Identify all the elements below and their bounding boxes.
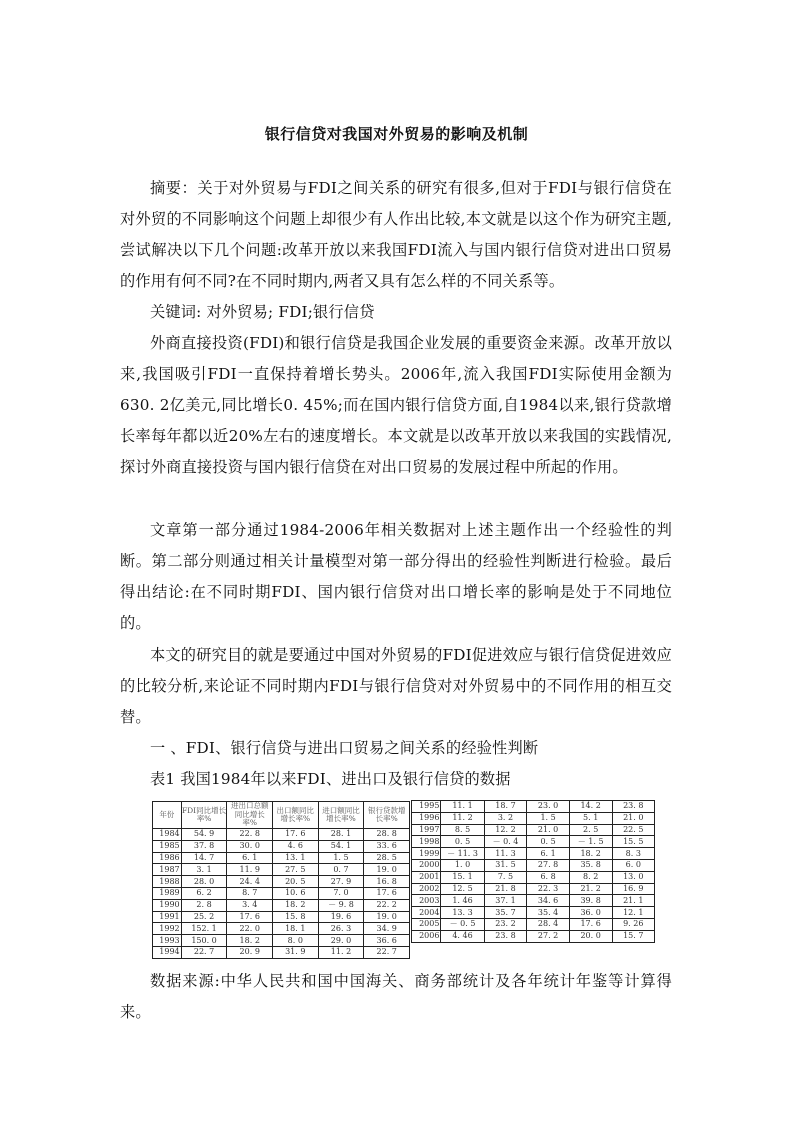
cell-value: 14. 7 [181, 852, 227, 864]
cell-value: 2. 5 [569, 824, 612, 836]
cell-value: 1. 5 [318, 852, 364, 864]
cell-value: 1. 5 [527, 812, 569, 824]
table-row: 19896. 28. 710. 67. 017. 6 [153, 887, 410, 899]
cell-value: 15. 7 [612, 930, 654, 942]
cell-value: 23. 0 [527, 801, 569, 813]
table-row: 198828. 024. 420. 527. 916. 8 [153, 876, 410, 888]
cell-value: 16. 9 [612, 883, 654, 895]
cell-value: 33. 6 [364, 840, 410, 852]
cell-value: 17. 6 [273, 829, 319, 841]
table-row: 198537. 830. 04. 654. 133. 6 [153, 840, 410, 852]
table-row: 199511. 118. 723. 014. 223. 8 [412, 801, 655, 813]
cell-value: 8. 5 [441, 824, 484, 836]
cell-value: 2. 8 [181, 899, 227, 911]
cell-value: 23. 8 [484, 930, 527, 942]
body-paragraph-1: 外商直接投资(FDI)和银行信贷是我国企业发展的重要资金来源。改革开放以来,我国… [120, 328, 672, 483]
cell-value: 0. 7 [318, 864, 364, 876]
cell-year: 2004 [412, 907, 441, 919]
cell-value: 37. 8 [181, 840, 227, 852]
header-year: 年份 [153, 802, 182, 829]
cell-year: 1987 [153, 864, 182, 876]
cell-value: 26. 3 [318, 923, 364, 935]
cell-value: 21. 0 [612, 812, 654, 824]
cell-year: 1998 [412, 836, 441, 848]
table-row: 1999－ 11. 311. 36. 118. 28. 3 [412, 848, 655, 860]
cell-value: 11. 1 [441, 801, 484, 813]
cell-value: 5. 1 [569, 812, 612, 824]
cell-value: 31. 9 [273, 946, 319, 958]
cell-value: 12. 5 [441, 883, 484, 895]
cell-year: 1996 [412, 812, 441, 824]
cell-value: 15. 5 [612, 836, 654, 848]
cell-value: 20. 9 [227, 946, 273, 958]
document-title: 银行信贷对我国对外贸易的影响及机制 [0, 123, 793, 144]
cell-value: 6. 8 [527, 871, 569, 883]
cell-value: 20. 5 [273, 876, 319, 888]
cell-year: 2001 [412, 871, 441, 883]
cell-value: 15. 8 [273, 911, 319, 923]
cell-value: 28. 1 [318, 829, 364, 841]
cell-year: 1999 [412, 848, 441, 860]
cell-year: 1989 [153, 887, 182, 899]
cell-value: 19. 0 [364, 864, 410, 876]
cell-value: 13. 0 [612, 871, 654, 883]
cell-value: 27. 5 [273, 864, 319, 876]
cell-value: 0. 5 [527, 836, 569, 848]
cell-value: 11. 2 [441, 812, 484, 824]
cell-value: 6. 0 [612, 859, 654, 871]
cell-value: 35. 4 [527, 907, 569, 919]
cell-value: 1. 46 [441, 895, 484, 907]
source-note: 数据来源:中华人民共和国中国海关、商务部统计及各年统计年鉴等计算得来。 [120, 966, 672, 1028]
cell-value: 11. 9 [227, 864, 273, 876]
body-paragraph-3: 本文的研究目的就是要通过中国对外贸易的FDI促进效应与银行信贷促进效应的比较分析… [120, 640, 672, 733]
cell-value: 35. 8 [569, 859, 612, 871]
cell-value: 15. 1 [441, 871, 484, 883]
cell-value: 22. 3 [527, 883, 569, 895]
cell-value: 21. 1 [612, 895, 654, 907]
header-loan-growth: 银行贷款增长率% [364, 802, 410, 829]
cell-year: 2000 [412, 859, 441, 871]
cell-value: 21. 0 [527, 824, 569, 836]
cell-value: 4. 6 [273, 840, 319, 852]
cell-value: 35. 7 [484, 907, 527, 919]
cell-value: － 0. 4 [484, 836, 527, 848]
table-header-row: 年份 FDI同比增长率% 进出口总额同比增长率% 出口额同比增长率% 进口额同比… [153, 802, 410, 829]
table-row: 19902. 83. 418. 2－ 9. 822. 2 [153, 899, 410, 911]
cell-year: 2006 [412, 930, 441, 942]
cell-value: 8. 2 [569, 871, 612, 883]
cell-year: 2005 [412, 918, 441, 930]
cell-value: 152. 1 [181, 923, 227, 935]
cell-value: 8. 7 [227, 887, 273, 899]
table-row: 200115. 17. 56. 88. 213. 0 [412, 871, 655, 883]
cell-year: 1990 [153, 899, 182, 911]
cell-value: 18. 1 [273, 923, 319, 935]
cell-value: 27. 9 [318, 876, 364, 888]
cell-value: 34. 6 [527, 895, 569, 907]
cell-year: 1995 [412, 801, 441, 813]
cell-value: 19. 0 [364, 911, 410, 923]
cell-value: 21. 8 [484, 883, 527, 895]
table-row: 200212. 521. 822. 321. 216. 9 [412, 883, 655, 895]
cell-year: 1985 [153, 840, 182, 852]
cell-year: 1984 [153, 829, 182, 841]
cell-value: 3. 2 [484, 812, 527, 824]
cell-value: 17. 6 [364, 887, 410, 899]
cell-value: 54. 1 [318, 840, 364, 852]
cell-year: 1991 [153, 911, 182, 923]
cell-value: 36. 0 [569, 907, 612, 919]
cell-value: 1. 0 [441, 859, 484, 871]
body-paragraph-2: 文章第一部分通过1984-2006年相关数据对上述主题作出一个经验性的判断。第二… [120, 515, 672, 639]
cell-value: 11. 2 [318, 946, 364, 958]
cell-value: － 11. 3 [441, 848, 484, 860]
abstract-paragraph: 摘要：关于对外贸易与FDI之间关系的研究有很多,但对于FDI与银行信贷在对外贸的… [120, 173, 672, 297]
cell-value: 34. 9 [364, 923, 410, 935]
cell-value: 4. 46 [441, 930, 484, 942]
table-row: 199422. 720. 931. 911. 222. 7 [153, 946, 410, 958]
cell-value: 17. 6 [227, 911, 273, 923]
table-row: 198454. 922. 817. 628. 128. 8 [153, 829, 410, 841]
cell-year: 1993 [153, 935, 182, 947]
cell-value: 22. 7 [181, 946, 227, 958]
table-row: 20064. 4623. 827. 220. 015. 7 [412, 930, 655, 942]
cell-year: 2003 [412, 895, 441, 907]
table-row: 200413. 335. 735. 436. 012. 1 [412, 907, 655, 919]
table-row: 20001. 031. 527. 835. 86. 0 [412, 859, 655, 871]
table-row: 199611. 23. 21. 55. 121. 0 [412, 812, 655, 824]
cell-value: 6. 2 [181, 887, 227, 899]
cell-value: 0. 5 [441, 836, 484, 848]
table-row: 1993150. 018. 28. 029. 036. 6 [153, 935, 410, 947]
cell-value: 3. 4 [227, 899, 273, 911]
table-row: 199125. 217. 615. 819. 619. 0 [153, 911, 410, 923]
cell-value: 24. 4 [227, 876, 273, 888]
header-import-growth: 进口额同比增长率% [318, 802, 364, 829]
table-caption: 表1 我国1984年以来FDI、进出口及银行信贷的数据 [120, 764, 672, 795]
cell-value: 22. 2 [364, 899, 410, 911]
cell-year: 1988 [153, 876, 182, 888]
cell-year: 1986 [153, 852, 182, 864]
cell-value: 21. 2 [569, 883, 612, 895]
cell-value: 11. 3 [484, 848, 527, 860]
data-table-right: 199511. 118. 723. 014. 223. 8199611. 23.… [411, 800, 655, 943]
keywords-line: 关键词: 对外贸易; FDI;银行信贷 [120, 297, 672, 328]
cell-value: 8. 0 [273, 935, 319, 947]
cell-value: － 0. 5 [441, 918, 484, 930]
cell-value: 31. 5 [484, 859, 527, 871]
cell-value: 30. 0 [227, 840, 273, 852]
cell-value: 6. 1 [227, 852, 273, 864]
cell-value: 10. 6 [273, 887, 319, 899]
table-row: 19980. 5－ 0. 40. 5－ 1. 515. 5 [412, 836, 655, 848]
cell-value: 18. 2 [227, 935, 273, 947]
header-fdi-growth: FDI同比增长率% [181, 802, 227, 829]
cell-value: 37. 1 [484, 895, 527, 907]
header-trade-growth: 进出口总额同比增长率% [227, 802, 273, 829]
cell-value: 20. 0 [569, 930, 612, 942]
cell-year: 2002 [412, 883, 441, 895]
cell-value: 25. 2 [181, 911, 227, 923]
cell-value: 28. 0 [181, 876, 227, 888]
cell-value: 36. 6 [364, 935, 410, 947]
cell-value: 22. 8 [227, 829, 273, 841]
cell-value: 18. 2 [273, 899, 319, 911]
table-row: 2005－ 0. 523. 228. 417. 69. 26 [412, 918, 655, 930]
cell-value: 12. 1 [612, 907, 654, 919]
table-row: 19873. 111. 927. 50. 719. 0 [153, 864, 410, 876]
cell-value: 17. 6 [569, 918, 612, 930]
table-row: 20031. 4637. 134. 639. 821. 1 [412, 895, 655, 907]
data-table-left: 年份 FDI同比增长率% 进出口总额同比增长率% 出口额同比增长率% 进口额同比… [152, 801, 410, 959]
cell-value: 39. 8 [569, 895, 612, 907]
cell-value: 22. 0 [227, 923, 273, 935]
cell-value: － 9. 8 [318, 899, 364, 911]
cell-value: 6. 1 [527, 848, 569, 860]
cell-value: 28. 4 [527, 918, 569, 930]
cell-value: 7. 5 [484, 871, 527, 883]
cell-value: 23. 8 [612, 801, 654, 813]
cell-value: 54. 9 [181, 829, 227, 841]
cell-value: 7. 0 [318, 887, 364, 899]
cell-year: 1994 [153, 946, 182, 958]
cell-year: 1997 [412, 824, 441, 836]
cell-value: － 1. 5 [569, 836, 612, 848]
cell-value: 19. 6 [318, 911, 364, 923]
cell-value: 27. 2 [527, 930, 569, 942]
cell-value: 150. 0 [181, 935, 227, 947]
cell-value: 27. 8 [527, 859, 569, 871]
cell-value: 12. 2 [484, 824, 527, 836]
cell-value: 9. 26 [612, 918, 654, 930]
cell-value: 23. 2 [484, 918, 527, 930]
cell-value: 28. 8 [364, 829, 410, 841]
header-export-growth: 出口额同比增长率% [273, 802, 319, 829]
table-row: 1992152. 122. 018. 126. 334. 9 [153, 923, 410, 935]
cell-value: 16. 8 [364, 876, 410, 888]
cell-value: 8. 3 [612, 848, 654, 860]
cell-value: 22. 7 [364, 946, 410, 958]
cell-value: 14. 2 [569, 801, 612, 813]
cell-value: 18. 2 [569, 848, 612, 860]
cell-value: 22. 5 [612, 824, 654, 836]
table-row: 19978. 512. 221. 02. 522. 5 [412, 824, 655, 836]
cell-value: 28. 5 [364, 852, 410, 864]
cell-value: 13. 1 [273, 852, 319, 864]
section-heading: 一 、FDI、银行信贷与进出口贸易之间关系的经验性判断 [120, 733, 672, 764]
cell-value: 18. 7 [484, 801, 527, 813]
cell-value: 13. 3 [441, 907, 484, 919]
cell-value: 3. 1 [181, 864, 227, 876]
cell-year: 1992 [153, 923, 182, 935]
table-row: 198614. 76. 113. 11. 528. 5 [153, 852, 410, 864]
cell-value: 29. 0 [318, 935, 364, 947]
